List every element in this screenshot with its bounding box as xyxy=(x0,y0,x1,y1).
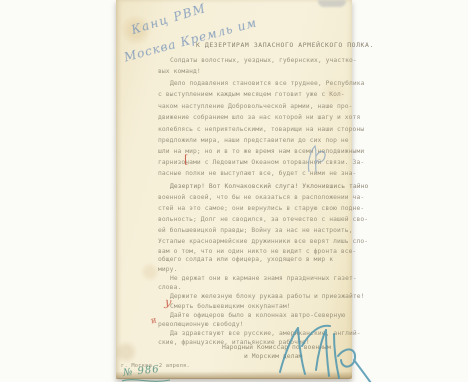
typed-line: революционную свободу! xyxy=(158,321,244,328)
typed-line: Не держат они в кармане знамя праздничны… xyxy=(170,275,357,282)
typed-line: вых команд! xyxy=(158,68,201,75)
typed-line: движение собранием шло за нас которой ни… xyxy=(158,114,360,121)
typed-line: гарнизонами с Ледовитым Океаном оторванн… xyxy=(158,159,364,166)
typed-lines-layer: Солдаты волостных, уездных, губернских, … xyxy=(0,0,468,382)
green-underline-flourish xyxy=(120,376,172,382)
signature-trotsky xyxy=(272,312,372,382)
typed-line: стей на это самое; они вернулись в стару… xyxy=(158,205,364,212)
typed-line: колеблясь с неприятельскими, товарищи на… xyxy=(158,126,364,133)
typed-line: ей большевицкой правды; Войну за нас не … xyxy=(158,227,353,234)
typed-line: общего солдата или офицера, уходящего в … xyxy=(158,256,333,263)
typed-line: чаком наступление Добровольческой армии,… xyxy=(158,103,353,110)
typed-line: Дело подавления становится все труднее, … xyxy=(170,80,365,87)
typed-line: Дезертир! Вот Колчаковский слуга! Уклони… xyxy=(170,183,368,190)
typed-line: Смерть большевицким оккупантам! xyxy=(170,303,291,310)
typed-line: военной своей, что бы не оказаться в рас… xyxy=(158,194,364,201)
red-pencil-bracket: [ xyxy=(184,153,188,166)
typed-line: с выступлением каждым месяцем готовит уж… xyxy=(158,91,345,98)
typed-line: вольность; Долг не сводился, за отечеств… xyxy=(158,216,368,223)
typed-line: миру. xyxy=(158,266,177,273)
typed-line: шли на мир; но и в то же время нам всеми… xyxy=(158,148,364,155)
typed-line: вам о том, что ни один никто не видит с … xyxy=(158,248,356,255)
blue-ink-doodle xyxy=(301,142,331,176)
typed-line: слова. xyxy=(158,284,181,291)
photograph-of-document: К ДЕЗЕРТИРАМ ЗАПАСНОГО АРМЕЙСКОГО ПОЛКА.… xyxy=(0,0,468,382)
typed-line: Усталые красноармейские дружинники все в… xyxy=(158,238,368,245)
typed-line: Солдаты волостных, уездных, губернских, … xyxy=(170,57,357,64)
typed-line: Держите железную блоку рукава работы и п… xyxy=(170,293,365,300)
